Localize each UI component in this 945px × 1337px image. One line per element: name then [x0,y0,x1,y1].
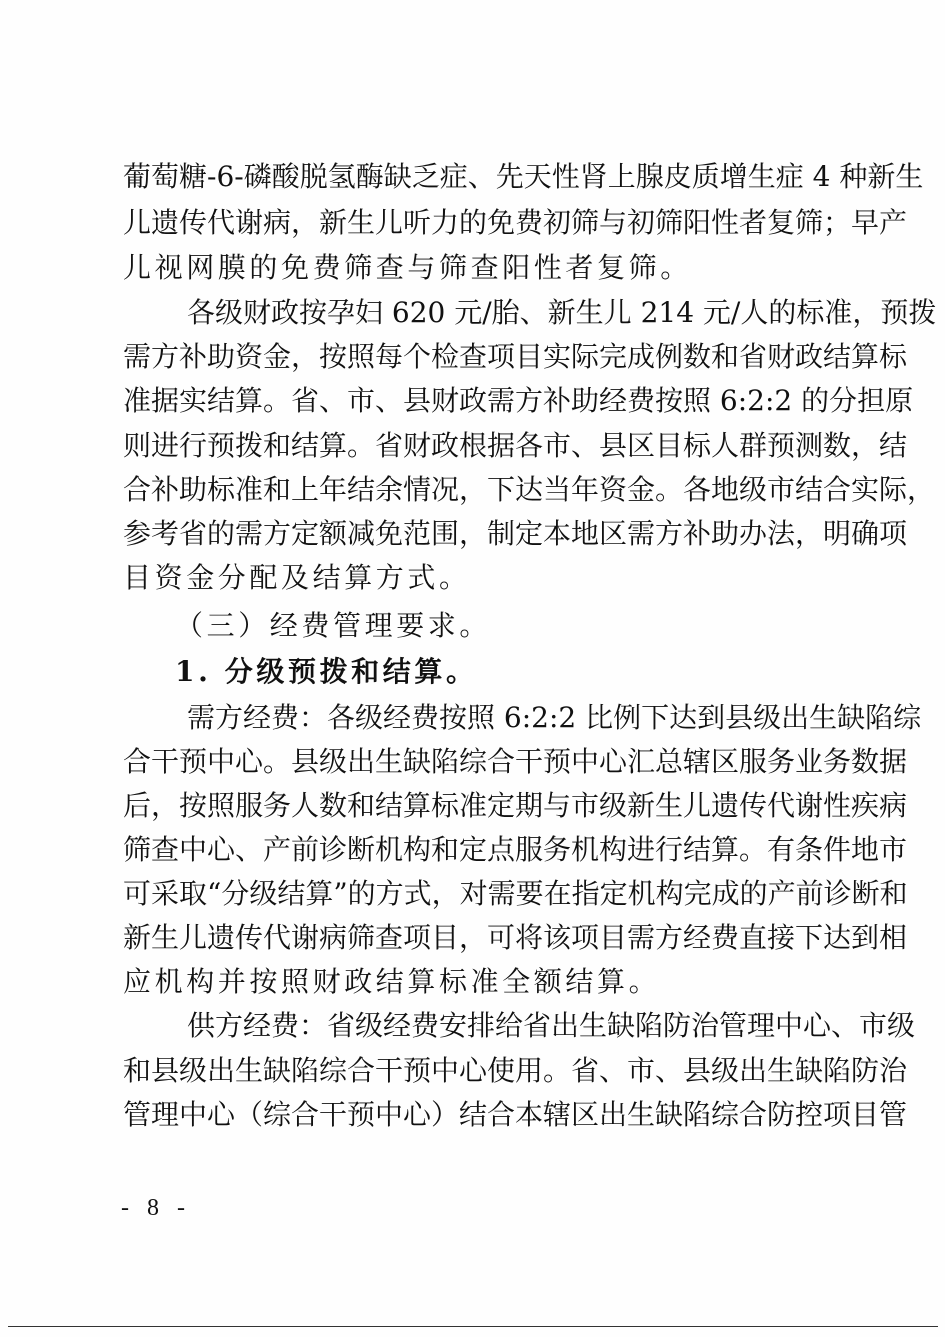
paragraph-line: 筛查中心、产前诊断机构和定点服务机构进行结算。有条件地市 [123,830,826,870]
paragraph-line: 和县级出生缺陷综合干预中心使用。省、市、县级出生缺陷防治 [123,1051,826,1091]
paragraph-line: 各级财政按孕妇 620 元/胎、新生儿 214 元/人的标准，预拨 [187,293,826,333]
paragraph-line: 需方经费：各级经费按照 6:2:2 比例下达到县级出生缺陷综 [187,698,826,738]
paragraph-line: 目资金分配及结算方式。 [123,558,826,598]
section-heading: 1. 分级预拨和结算。 [175,652,478,692]
paragraph-line: 管理中心（综合干预中心）结合本辖区出生缺陷综合防控项目管 [123,1095,826,1135]
section-heading: （三）经费管理要求。 [175,606,491,646]
paragraph-line: 新生儿遗传代谢病筛查项目，可将该项目需方经费直接下达到相 [123,918,826,958]
paragraph-line: 参考省的需方定额减免范围，制定本地区需方补助办法，明确项 [123,514,826,554]
paragraph-line: 葡萄糖-6-磷酸脱氢酶缺乏症、先天性肾上腺皮质增生症 4 种新生 [123,157,826,197]
page-number: - 8 - [121,1192,191,1224]
bottom-rule-divider [8,1326,938,1327]
paragraph-line: 需方补助资金，按照每个检查项目实际完成例数和省财政结算标 [123,337,826,377]
paragraph-line: 合干预中心。县级出生缺陷综合干预中心汇总辖区服务业务数据 [123,742,826,782]
paragraph-line: 供方经费：省级经费安排给省出生缺陷防治管理中心、市级 [187,1006,826,1046]
paragraph-line: 儿遗传代谢病，新生儿听力的免费初筛与初筛阳性者复筛；早产 [123,203,826,243]
paragraph-line: 后，按照服务人数和结算标准定期与市级新生儿遗传代谢性疾病 [123,786,826,826]
paragraph-line: 准据实结算。省、市、县财政需方补助经费按照 6:2:2 的分担原 [123,381,826,421]
paragraph-line: 应机构并按照财政结算标准全额结算。 [123,962,826,1002]
paragraph-line: 则进行预拨和结算。省财政根据各市、县区目标人群预测数，结 [123,426,826,466]
paragraph-line: 可采取“分级结算”的方式，对需要在指定机构完成的产前诊断和 [123,874,826,914]
paragraph-line: 儿视网膜的免费筛查与筛查阳性者复筛。 [123,248,826,288]
paragraph-line: 合补助标准和上年结余情况，下达当年资金。各地级市结合实际， [123,470,826,510]
document-page: 葡萄糖-6-磷酸脱氢酶缺乏症、先天性肾上腺皮质增生症 4 种新生儿遗传代谢病，新… [0,0,945,1337]
